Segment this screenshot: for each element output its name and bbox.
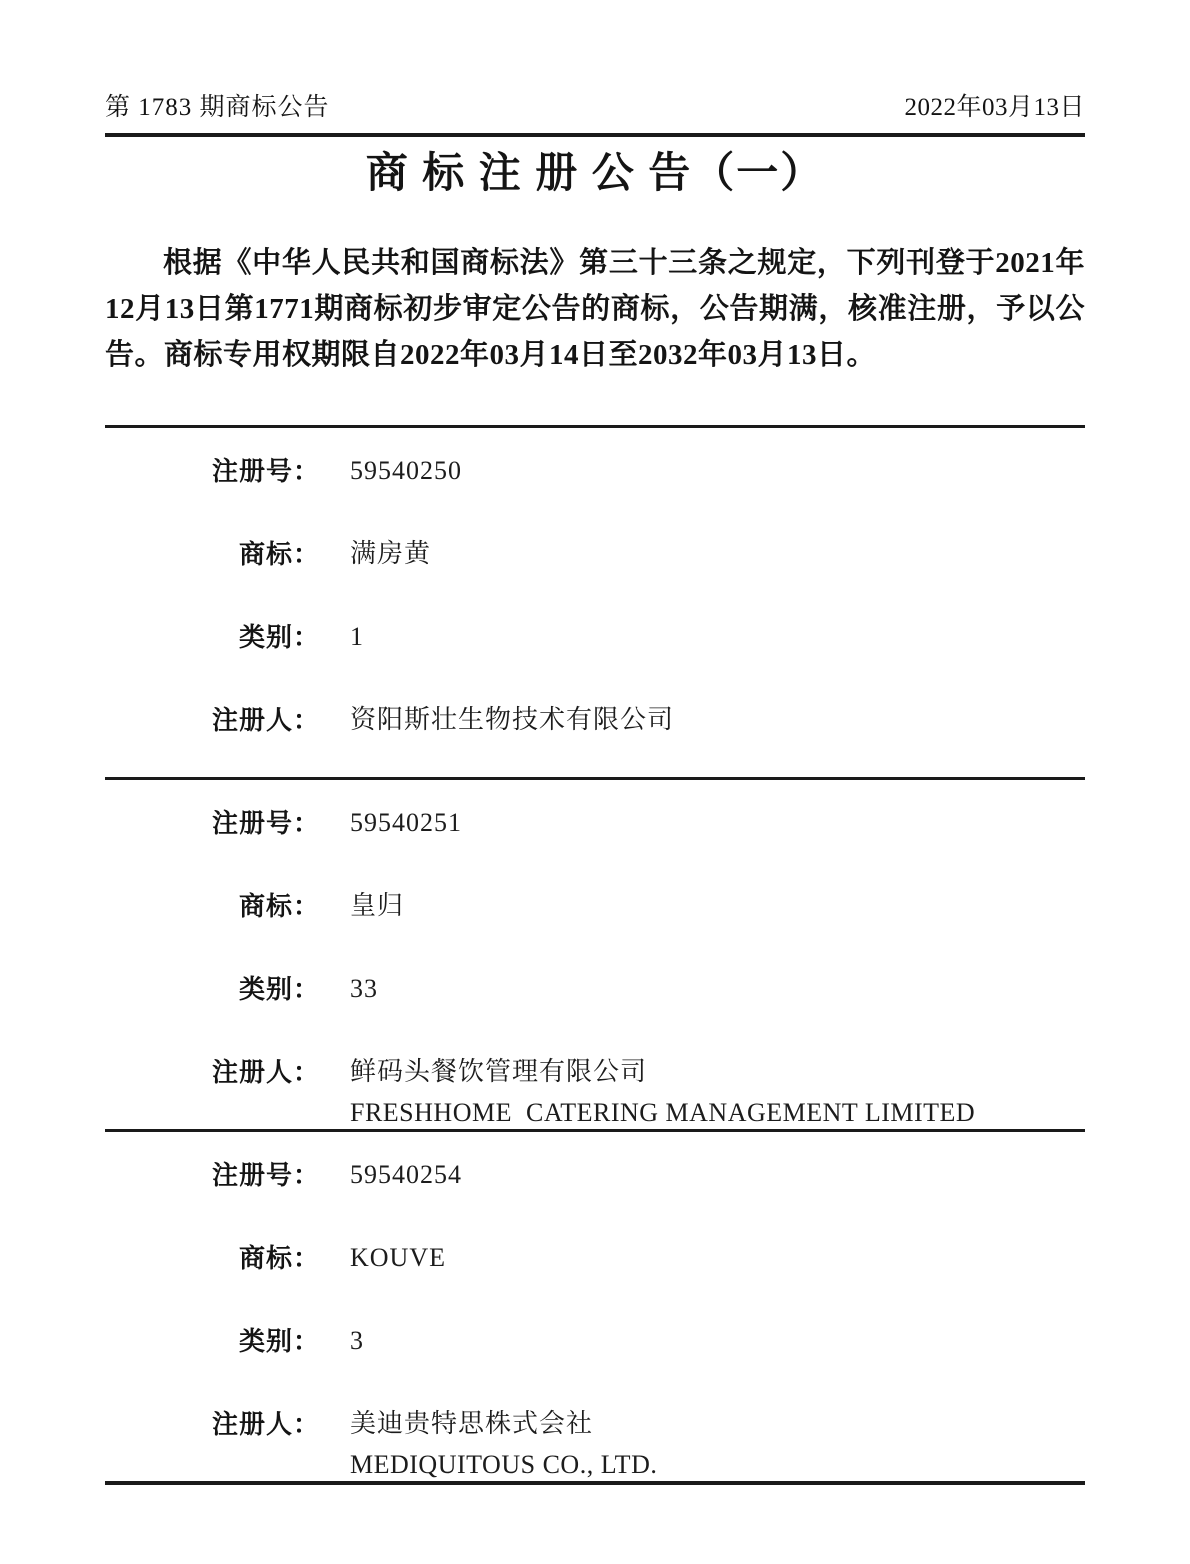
header-divider xyxy=(105,133,1085,137)
class-value: 1 xyxy=(350,620,364,654)
registrant-value: 鲜码头餐饮管理有限公司 FRESHHOME CATERING MANAGEMEN… xyxy=(350,1055,975,1130)
trademark-row: 商标： KOUVE xyxy=(105,1241,1085,1324)
trademark-value: KOUVE xyxy=(350,1241,446,1275)
registrant-name-cn: 资阳斯壮生物技术有限公司 xyxy=(350,703,674,737)
trademark-label: 商标： xyxy=(105,537,320,571)
reg-no-row: 注册号： 59540251 xyxy=(105,806,1085,889)
intro-paragraph: 根据《中华人民共和国商标法》第三十三条之规定，下列刊登于2021年12月13日第… xyxy=(105,240,1085,378)
trademark-value: 皇归 xyxy=(350,889,404,923)
trademark-entry: 注册号： 59540251 商标： 皇归 类别： 33 注册人： 鲜码头餐饮管理… xyxy=(105,777,1085,1129)
reg-no-label: 注册号： xyxy=(105,454,320,488)
gazette-date: 2022年03月13日 xyxy=(904,92,1085,124)
registrant-label: 注册人： xyxy=(105,1055,320,1089)
trademark-row: 商标： 皇归 xyxy=(105,889,1085,972)
trademark-entry: 注册号： 59540250 商标： 满房黄 类别： 1 注册人： 资阳斯壮生物技… xyxy=(105,425,1085,777)
registrant-value: 美迪贵特思株式会社 MEDIQUITOUS CO., LTD. xyxy=(350,1407,657,1482)
gazette-page: 第 1783 期商标公告 2022年03月13日 商 标 注 册 公 告（一） … xyxy=(0,0,1190,1564)
page-content: 第 1783 期商标公告 2022年03月13日 商 标 注 册 公 告（一） … xyxy=(105,0,1085,1485)
registrant-value: 资阳斯壮生物技术有限公司 xyxy=(350,703,674,737)
trademark-value: 满房黄 xyxy=(350,537,431,571)
page-header: 第 1783 期商标公告 2022年03月13日 xyxy=(105,0,1085,124)
reg-no-value: 59540251 xyxy=(350,806,462,840)
trademark-entries: 注册号： 59540250 商标： 满房黄 类别： 1 注册人： 资阳斯壮生物技… xyxy=(105,425,1085,1485)
trademark-label: 商标： xyxy=(105,1241,320,1275)
registrant-name-en: FRESHHOME CATERING MANAGEMENT LIMITED xyxy=(350,1096,975,1130)
page-title: 商 标 注 册 公 告（一） xyxy=(105,150,1085,198)
reg-no-label: 注册号： xyxy=(105,806,320,840)
registrant-row: 注册人： 鲜码头餐饮管理有限公司 FRESHHOME CATERING MANA… xyxy=(105,1055,1085,1130)
gazette-issue-number: 第 1783 期商标公告 xyxy=(105,92,330,124)
class-label: 类别： xyxy=(105,972,320,1006)
reg-no-value: 59540254 xyxy=(350,1158,462,1192)
reg-no-row: 注册号： 59540254 xyxy=(105,1158,1085,1241)
trademark-row: 商标： 满房黄 xyxy=(105,537,1085,620)
trademark-label: 商标： xyxy=(105,889,320,923)
registrant-label: 注册人： xyxy=(105,703,320,737)
class-label: 类别： xyxy=(105,1324,320,1358)
registrant-name-cn: 鲜码头餐饮管理有限公司 xyxy=(350,1055,975,1089)
class-row: 类别： 1 xyxy=(105,620,1085,703)
registrant-name-en: MEDIQUITOUS CO., LTD. xyxy=(350,1448,657,1482)
reg-no-row: 注册号： 59540250 xyxy=(105,454,1085,537)
trademark-entry: 注册号： 59540254 商标： KOUVE 类别： 3 注册人： 美迪贵特思… xyxy=(105,1129,1085,1481)
registrant-label: 注册人： xyxy=(105,1407,320,1441)
reg-no-label: 注册号： xyxy=(105,1158,320,1192)
class-row: 类别： 3 xyxy=(105,1324,1085,1407)
class-value: 3 xyxy=(350,1324,364,1358)
registrant-row: 注册人： 资阳斯壮生物技术有限公司 xyxy=(105,703,1085,737)
class-label: 类别： xyxy=(105,620,320,654)
registrant-name-cn: 美迪贵特思株式会社 xyxy=(350,1407,657,1441)
reg-no-value: 59540250 xyxy=(350,454,462,488)
class-row: 类别： 33 xyxy=(105,972,1085,1055)
class-value: 33 xyxy=(350,972,378,1006)
registrant-row: 注册人： 美迪贵特思株式会社 MEDIQUITOUS CO., LTD. xyxy=(105,1407,1085,1482)
